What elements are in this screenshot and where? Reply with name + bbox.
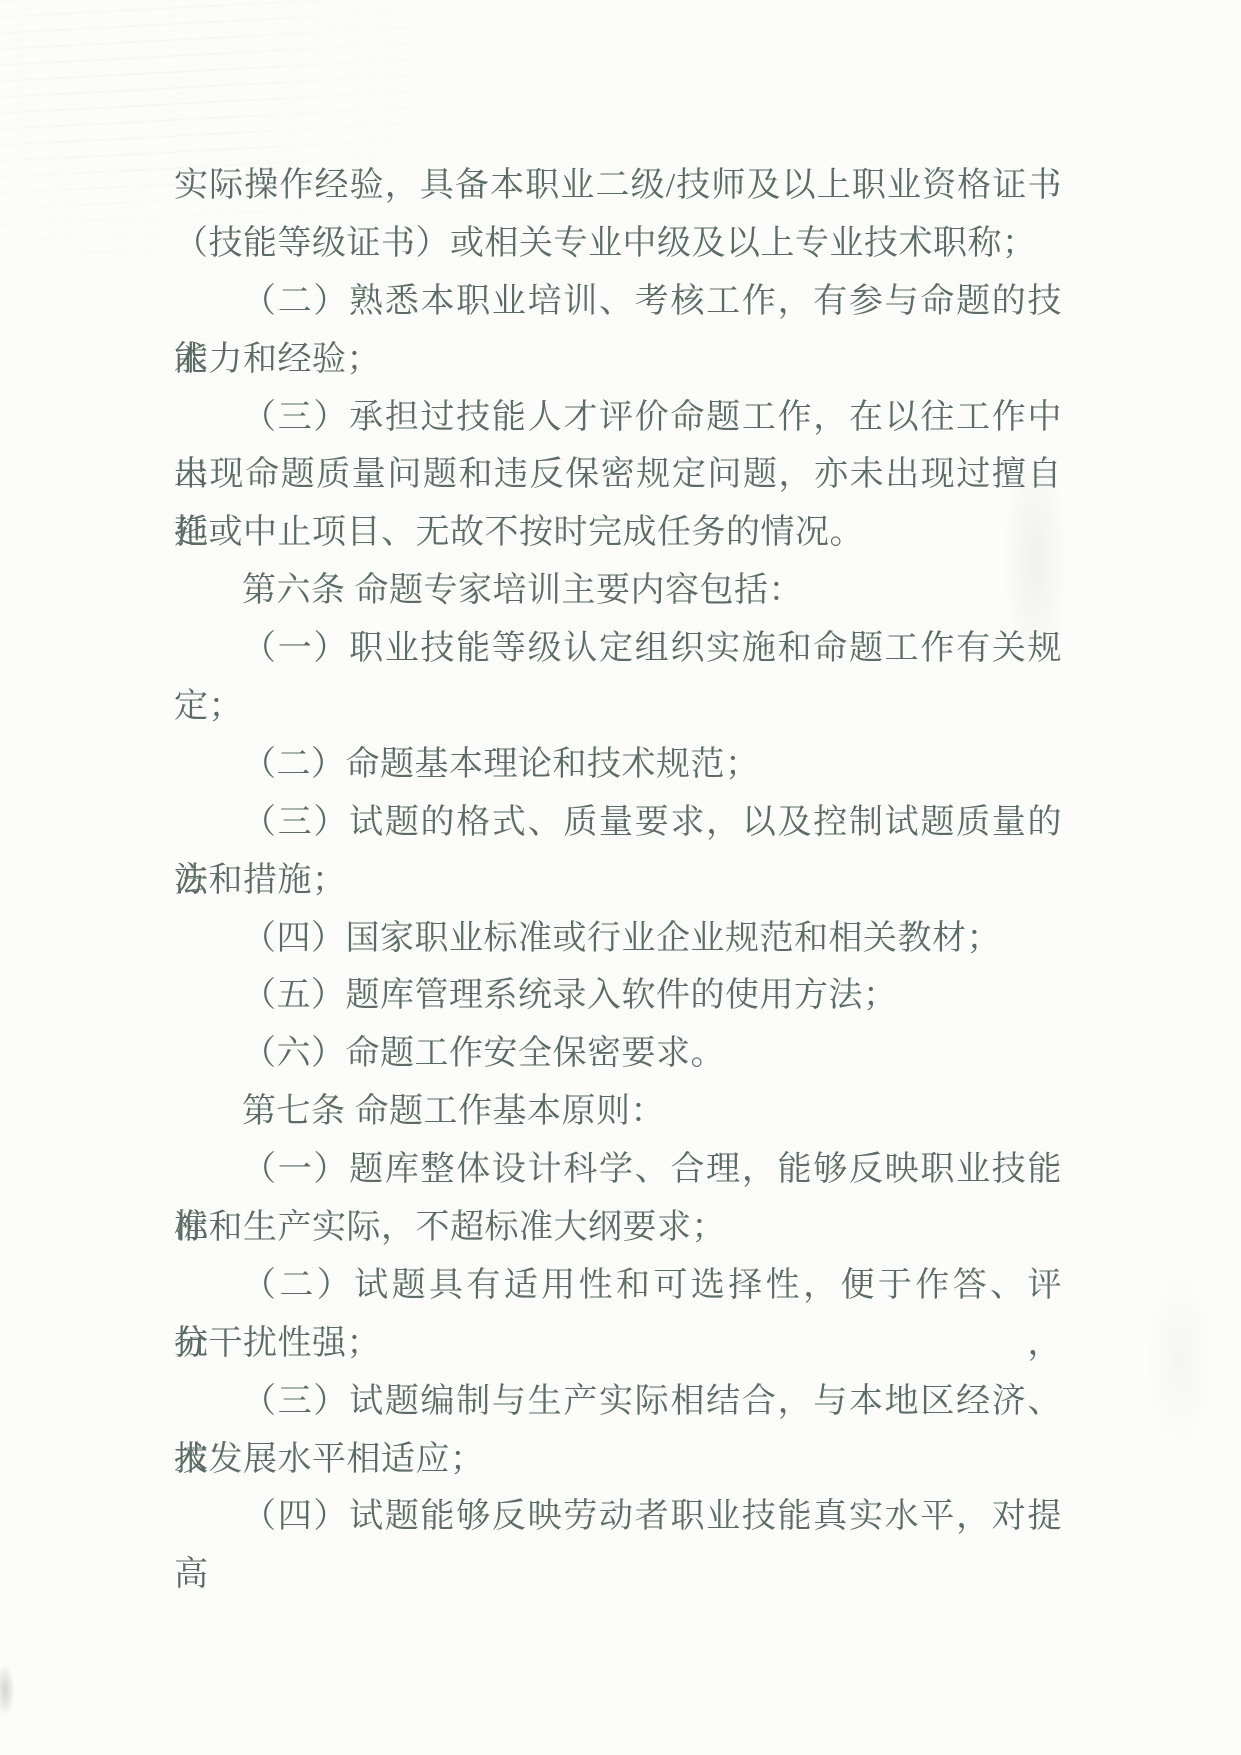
document-text: 实际操作经验，具备本职业二级/技师及以上职业资格证书（技能等级证书）或相关专业中… bbox=[174, 157, 1062, 1546]
document-line: （一）题库整体设计科学、合理，能够反映职业技能标 bbox=[174, 1141, 1062, 1199]
document-line: （三）试题的格式、质量要求，以及控制试题质量的方 bbox=[174, 794, 1062, 852]
document-line: （三）试题编制与生产实际相结合，与本地区经济、技 bbox=[174, 1373, 1062, 1431]
document-line: 第七条 命题工作基本原则： bbox=[174, 1083, 1062, 1141]
document-line: （技能等级证书）或相关专业中级及以上专业技术职称； bbox=[174, 215, 1062, 273]
document-line: 术发展水平相适应； bbox=[174, 1431, 1062, 1489]
document-line: （四）试题能够反映劳动者职业技能真实水平，对提高 bbox=[174, 1488, 1062, 1546]
scan-smudge bbox=[1130, 1230, 1230, 1490]
document-line: 准和生产实际，不超标准大纲要求； bbox=[174, 1199, 1062, 1257]
document-line: （一）职业技能等级认定组织实施和命题工作有关规 bbox=[174, 620, 1062, 678]
document-line: 定； bbox=[174, 678, 1062, 736]
document-line: （二）命题基本理论和技术规范； bbox=[174, 736, 1062, 794]
document-page: 实际操作经验，具备本职业二级/技师及以上职业资格证书（技能等级证书）或相关专业中… bbox=[0, 0, 1241, 1755]
document-line: 能力和经验； bbox=[174, 331, 1062, 389]
document-line: 出现命题质量问题和违反保密规定问题，亦未出现过擅自拖 bbox=[174, 446, 1062, 504]
document-line: （五）题库管理系统录入软件的使用方法； bbox=[174, 967, 1062, 1025]
document-line: （二）试题具有适用性和可选择性，便于作答、评分， bbox=[174, 1257, 1062, 1315]
document-line: 法和措施； bbox=[174, 852, 1062, 910]
scan-smudge bbox=[0, 1655, 18, 1725]
document-line: （二）熟悉本职业培训、考核工作，有参与命题的技术 bbox=[174, 273, 1062, 331]
document-line: 第六条 命题专家培训主要内容包括： bbox=[174, 562, 1062, 620]
document-line: （四）国家职业标准或行业企业规范和相关教材； bbox=[174, 910, 1062, 968]
document-line: 延或中止项目、无故不按时完成任务的情况。 bbox=[174, 504, 1062, 562]
document-line: 实际操作经验，具备本职业二级/技师及以上职业资格证书 bbox=[174, 157, 1062, 215]
document-line: （六）命题工作安全保密要求。 bbox=[174, 1025, 1062, 1083]
document-line: （三）承担过技能人才评价命题工作，在以往工作中未 bbox=[174, 389, 1062, 447]
